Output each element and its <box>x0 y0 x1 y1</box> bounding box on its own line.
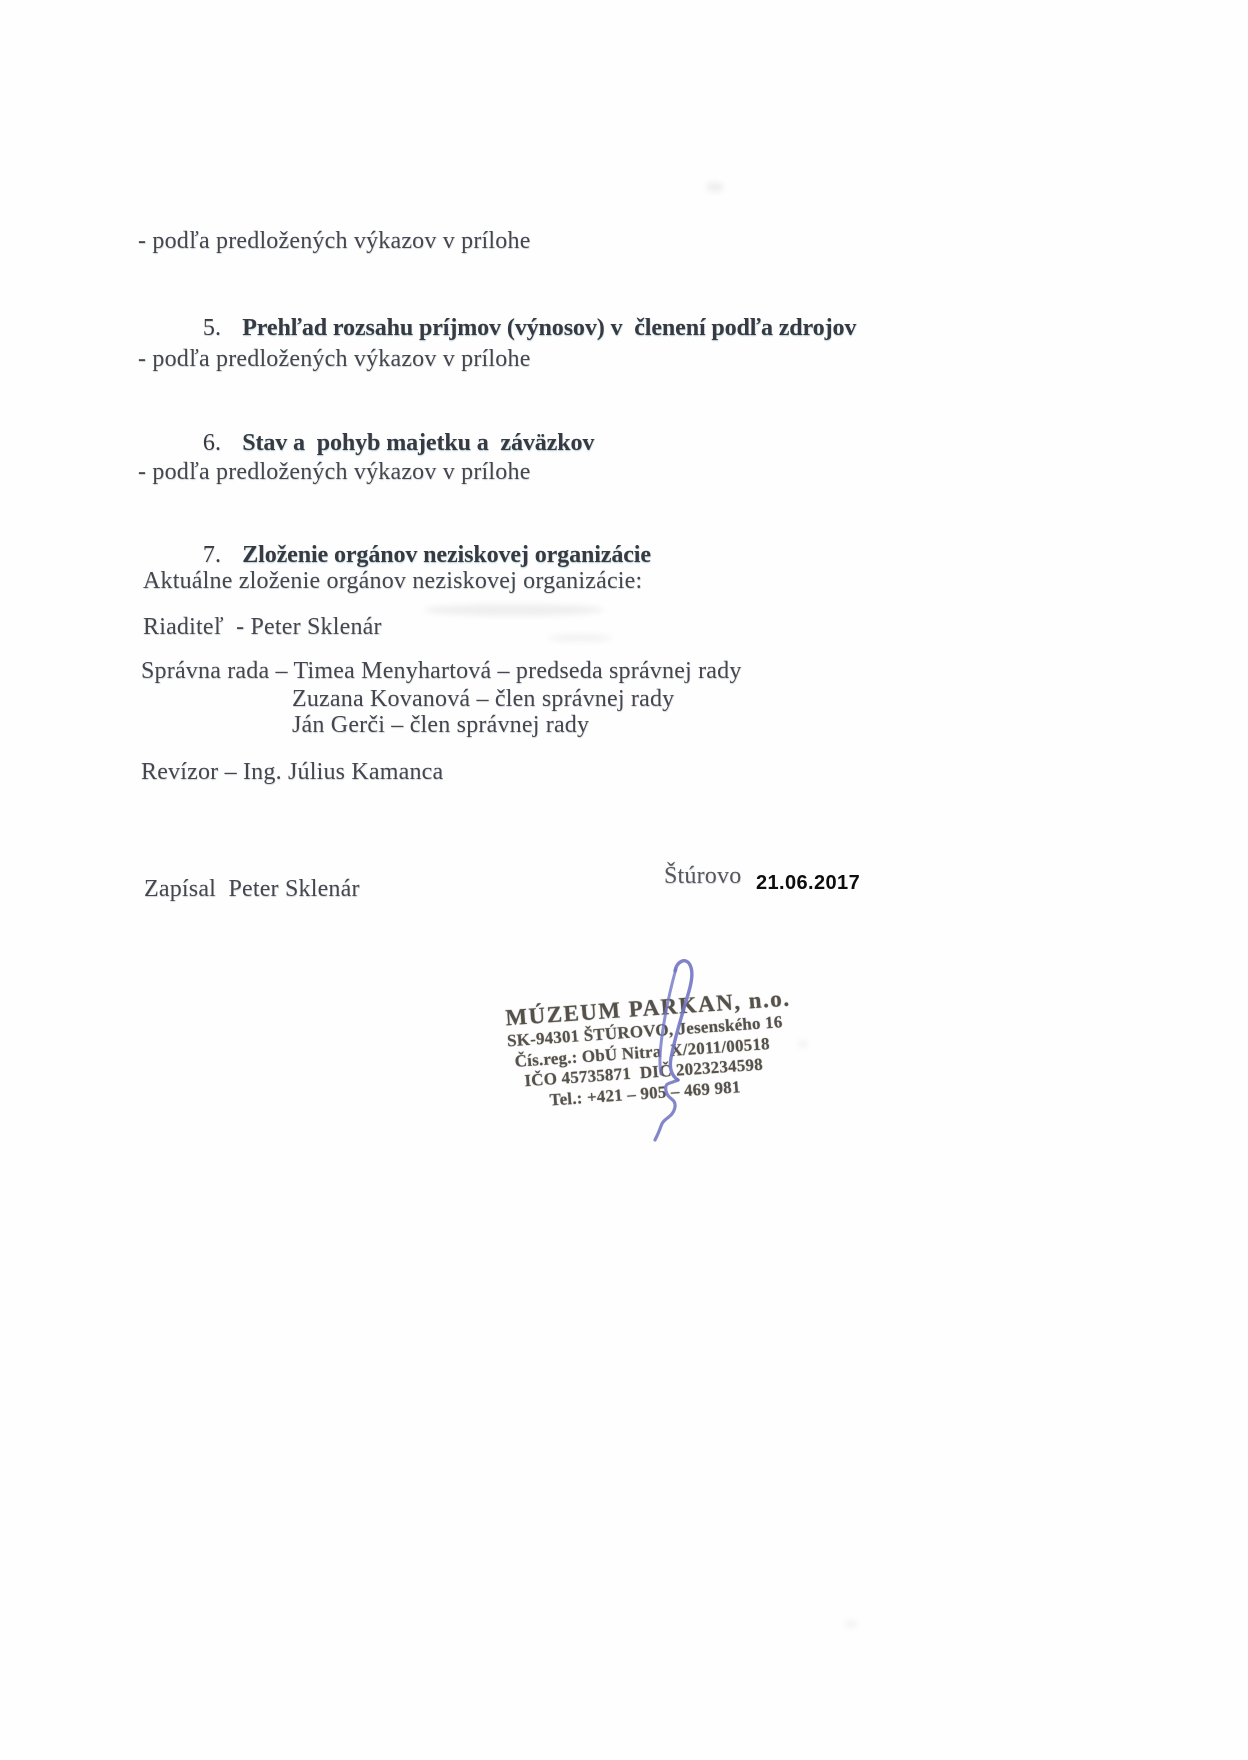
section-7-number: 7. <box>203 542 221 568</box>
org-stamp: MÚZEUM PARKAN, n.o. SK-94301 ŠTÚROVO, Je… <box>505 986 780 1113</box>
attachment-note-2: - podľa predložených výkazov v prílohe <box>138 344 531 374</box>
scan-smudge <box>424 604 604 616</box>
place-label: Štúrovo <box>664 861 741 891</box>
section-6-number: 6. <box>203 430 221 456</box>
scan-smudge <box>706 182 724 192</box>
scan-smudge <box>845 1620 857 1628</box>
section-5-number: 5. <box>203 315 221 341</box>
auditor-line: Revízor – Ing. Július Kamanca <box>141 757 443 787</box>
board-line-3: Ján Gerči – člen správnej rady <box>292 710 589 740</box>
date-label: 21.06.2017 <box>756 871 860 895</box>
recorded-by-line: Zapísal Peter Sklenár <box>144 874 360 904</box>
org-composition-intro: Aktuálne zloženie orgánov neziskovej org… <box>143 566 642 596</box>
board-line-1: Správna rada – Timea Menyhartová – preds… <box>141 656 742 686</box>
director-line: Riaditeľ - Peter Sklenár <box>143 612 382 642</box>
section-7-title: Zloženie orgánov neziskovej organizácie <box>242 542 651 568</box>
section-6-title: Stav a pohyb majetku a záväzkov <box>242 430 594 456</box>
scan-smudge <box>548 634 612 642</box>
scanned-document-page: - podľa predložených výkazov v prílohe 5… <box>0 0 1248 1760</box>
attachment-note-3: - podľa predložených výkazov v prílohe <box>138 457 531 487</box>
attachment-note-1: - podľa predložených výkazov v prílohe <box>138 226 531 256</box>
scan-smudge <box>798 1040 808 1048</box>
section-5-title: Prehľad rozsahu príjmov (výnosov) v člen… <box>242 315 856 341</box>
